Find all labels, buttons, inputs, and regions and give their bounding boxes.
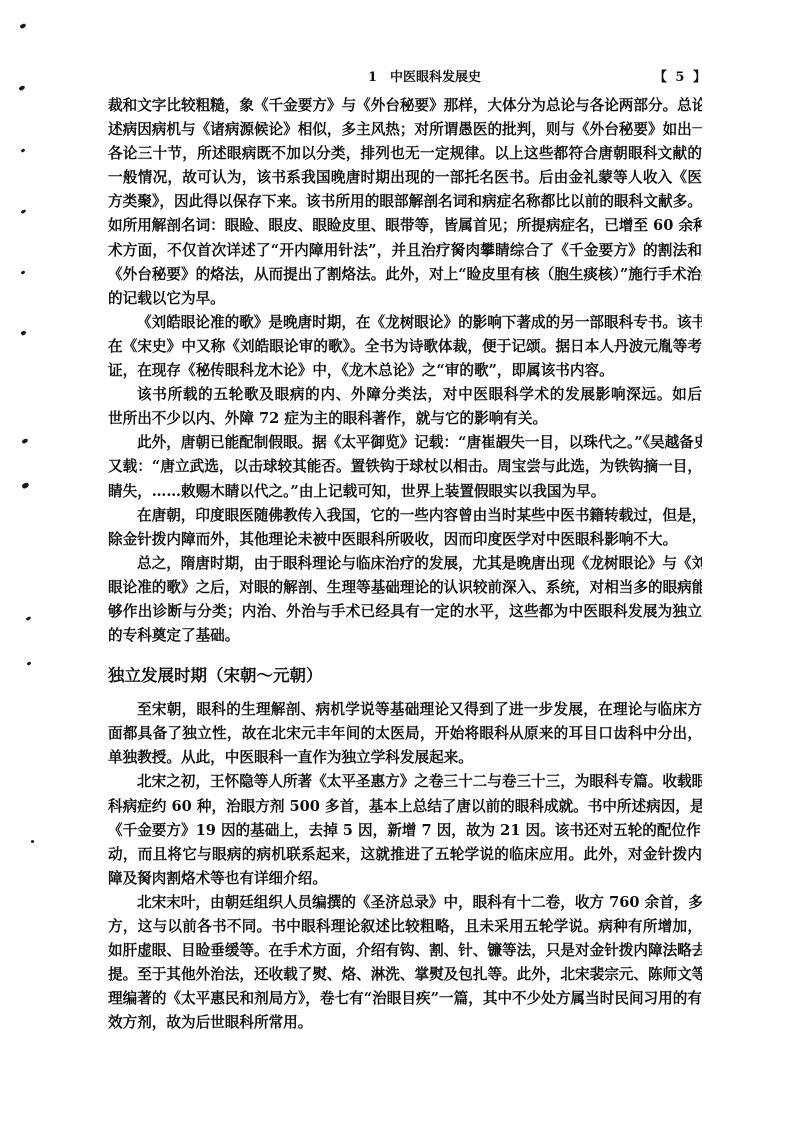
section-heading: 独立发展时期（宋朝～元朝） bbox=[108, 662, 702, 690]
text-line: 够作出诊断与分类；内治、外治与手术已经具有一定的水平，这些都为中医眼科发展为独立 bbox=[108, 600, 702, 624]
scan-speck bbox=[27, 661, 32, 666]
scan-speck bbox=[18, 85, 25, 92]
text-line: 的专科奠定了基础。 bbox=[108, 624, 702, 648]
section-paragraph: 北宋末叶，由朝廷组织人员编撰的《圣济总录》中，眼科有十二卷，收方 760 余首，… bbox=[108, 891, 702, 1036]
text-line: 又载：“唐立武选，以击球较其能否。置铁钩于球杖以相击。周宝尝与此选，为铁钩摘一目… bbox=[108, 455, 702, 479]
paragraph: 在唐朝，印度眼医随佛教传入我国，它的一些内容曾由当时某些中医书籍转载过，但是，除… bbox=[108, 504, 702, 552]
running-header: 1 中医眼科发展史 【 5 】 bbox=[108, 66, 708, 86]
text-line: 各论三十节，所述眼病既不加以分类，排列也无一定规律。以上这些都符合唐朝眼科文献的 bbox=[108, 142, 702, 166]
scan-speck bbox=[21, 148, 26, 153]
text-line: 动，而且将它与眼病的病机联系起来，这就推进了五轮学说的临床应用。此外，对金针拨内 bbox=[108, 843, 702, 867]
text-line: 的记载以它为早。 bbox=[108, 287, 702, 311]
text-line: 世所出不少以内、外障 72 症为主的眼科著作，就与它的影响有关。 bbox=[108, 407, 702, 431]
scan-speck bbox=[26, 616, 32, 621]
paragraph: 该书所载的五轮歌及眼病的内、外障分类法，对中医眼科学术的发展影响深远。如后世所出… bbox=[108, 383, 702, 431]
text-line: 睛失，……敕赐木睛以代之。”由上记载可知，世界上装置假眼实以我国为早。 bbox=[108, 480, 702, 504]
text-line: 提。至于其他外治法，还收载了熨、烙、淋洗、掌熨及包扎等。此外，北宋裴宗元、陈师文… bbox=[108, 963, 702, 987]
text-line: 《刘皓眼论准的歌》是晚唐时期，在《龙树眼论》的影响下著成的另一部眼科专书。该书 bbox=[108, 311, 702, 335]
text-line: 除金针拨内障而外，其他理论未被中医眼科所吸收，因而印度医学对中医眼科影响不大。 bbox=[108, 528, 702, 552]
text-line: 北宋之初，王怀隐等人所著《太平圣惠方》之卷三十二与卷三十三，为眼科专篇。收载眼 bbox=[108, 770, 702, 794]
text-line: 科病症约 60 种，治眼方剂 500 多首，基本上总结了唐以前的眼科成就。书中所… bbox=[108, 795, 702, 819]
text-line: 障及胬肉割烙术等也有详细介绍。 bbox=[108, 867, 702, 891]
text-line: 在《宋史》中又称《刘皓眼论审的歌》。全书为诗歌体裁，便于记颂。据日本人丹波元胤等… bbox=[108, 335, 702, 359]
scan-speck bbox=[21, 209, 27, 214]
scan-speck bbox=[20, 330, 26, 336]
scan-speck bbox=[30, 839, 34, 843]
page-number: 【 5 】 bbox=[654, 66, 708, 85]
text-line: 眼论准的歌》之后，对眼的解剖、生理等基础理论的认识较前深入、系统，对相当多的眼病… bbox=[108, 576, 702, 600]
text-line: 在唐朝，印度眼医随佛教传入我国，它的一些内容曾由当时某些中医书籍转载过，但是， bbox=[108, 504, 702, 528]
scan-speck bbox=[19, 23, 26, 30]
text-line: 如肝虚眼、目睑垂缓等。在手术方面，介绍有钩、割、针、镰等法，只是对金针拨内障法略… bbox=[108, 939, 702, 963]
text-line: 此外，唐朝已能配制假眼。据《太平御览》记载：“唐崔嘏失一目，以珠代之。”《吴越备… bbox=[108, 431, 702, 455]
paragraph: 《刘皓眼论准的歌》是晚唐时期，在《龙树眼论》的影响下著成的另一部眼科专书。该书在… bbox=[108, 311, 702, 383]
text-line: 一般情况，故可认为，该书系我国晚唐时期出现的一部托名医书。后由金礼蒙等人收入《医 bbox=[108, 166, 702, 190]
text-line: 述病因病机与《诸病源候论》相似，多主风热；对所谓愚医的批判，则与《外台秘要》如出… bbox=[108, 118, 702, 142]
text-line: 术方面，不仅首次详述了“开内障用针法”，并且治疗胬肉攀睛综合了《千金要方》的割法… bbox=[108, 239, 702, 263]
scan-speck bbox=[21, 270, 26, 275]
text-line: 证，在现存《秘传眼科龙木论》中，《龙木总论》之“审的歌”，即属该书内容。 bbox=[108, 359, 702, 383]
section-paragraph: 至宋朝，眼科的生理解剖、病机学说等基础理论又得到了进一步发展，在理论与临床方面都… bbox=[108, 698, 702, 770]
text-line: 单独教授。从此，中医眼科一直作为独立学科发展起来。 bbox=[108, 746, 702, 770]
paragraph: 总之，隋唐时期，由于眼科理论与临床治疗的发展，尤其是晚唐出现《龙树眼论》与《刘皓… bbox=[108, 552, 702, 648]
paragraph: 此外，唐朝已能配制假眼。据《太平御览》记载：“唐崔嘏失一目，以珠代之。”《吴越备… bbox=[108, 431, 702, 503]
text-line: 方，这与以前各书不同。书中眼科理论叙述比较粗略，且未采用五轮学说。病种有所增加， bbox=[108, 915, 702, 939]
text-line: 裁和文字比较粗糙，象《千金要方》与《外台秘要》那样，大体分为总论与各论两部分。总… bbox=[108, 94, 702, 118]
text-line: 效方剂，故为后世眼科所常用。 bbox=[108, 1011, 702, 1035]
scan-speck bbox=[21, 438, 28, 445]
chapter-title: 1 中医眼科发展史 bbox=[368, 66, 481, 85]
page-body: 裁和文字比较粗糙，象《千金要方》与《外台秘要》那样，大体分为总论与各论两部分。总… bbox=[108, 94, 702, 1035]
text-line: 如所用解剖名词：眼睑、眼皮、眼睑皮里、眼带等，皆属首见；所提病症名，已增至 60… bbox=[108, 214, 702, 238]
text-line: 总之，隋唐时期，由于眼科理论与临床治疗的发展，尤其是晚唐出现《龙树眼论》与《刘皓 bbox=[108, 552, 702, 576]
scan-speck bbox=[21, 481, 30, 489]
text-line: 该书所载的五轮歌及眼病的内、外障分类法，对中医眼科学术的发展影响深远。如后 bbox=[108, 383, 702, 407]
text-line: 《千金要方》19 因的基础上，去掉 5 因，新增 7 因，故为 21 因。该书还… bbox=[108, 819, 702, 843]
text-line: 至宋朝，眼科的生理解剖、病机学说等基础理论又得到了进一步发展，在理论与临床方 bbox=[108, 698, 702, 722]
paragraph: 裁和文字比较粗糙，象《千金要方》与《外台秘要》那样，大体分为总论与各论两部分。总… bbox=[108, 94, 702, 311]
text-line: 《外台秘要》的烙法，从而提出了割烙法。此外，对上“睑皮里有核（胞生痰核）”施行手… bbox=[108, 263, 702, 287]
text-line: 方类聚》，因此得以保存下来。该书所用的眼部解剖名词和病症名称都比以前的眼科文献多… bbox=[108, 190, 702, 214]
text-line: 北宋末叶，由朝廷组织人员编撰的《圣济总录》中，眼科有十二卷，收方 760 余首，… bbox=[108, 891, 702, 915]
section-paragraph: 北宋之初，王怀隐等人所著《太平圣惠方》之卷三十二与卷三十三，为眼科专篇。收载眼科… bbox=[108, 770, 702, 890]
text-line: 面都具备了独立性，故在北宋元丰年间的太医局，开始将眼科从原来的耳目口齿科中分出， bbox=[108, 722, 702, 746]
text-line: 理编著的《太平惠民和剂局方》，卷七有“治眼目疾”一篇，其中不少处方属当时民间习用… bbox=[108, 987, 702, 1011]
